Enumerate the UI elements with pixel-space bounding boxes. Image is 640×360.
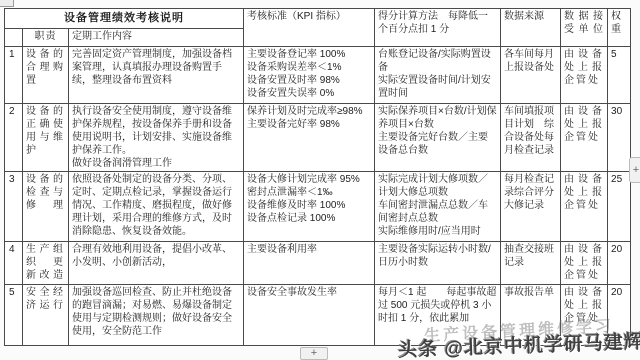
col-header-receiver: 数据接受单位 bbox=[561, 9, 608, 47]
cell-row2-content: 执行设备安全使用制度，遵守设备维护保养规程，按设备保养手册和设备使用说明书，计划… bbox=[69, 104, 244, 172]
cell-row1-weight: 5 bbox=[608, 47, 631, 104]
table-row: 1 设备的合理购置 完善固定资产管理制度，加强设备档案管理，认真填报办理设备购置… bbox=[5, 47, 631, 104]
cell-row3-content: 依照设备处制定的设备分类、分项、定时、定期点检记录，掌握设备运行情况、工作精度、… bbox=[69, 172, 244, 242]
cell-row3-receiver: 由设备处上报企管处 bbox=[561, 172, 608, 242]
cell-row1-receiver: 由设备处上报企管处 bbox=[561, 47, 608, 104]
header-row-1: 设备管理绩效考核说明 考核标准（KPI 指标） 得分计算方法 每降低一个百分点扣… bbox=[5, 9, 631, 29]
cell-row2-method: 实际保养项目×台数/计划保养项目×台数 主要设备完好台数／主要设备总台数 bbox=[375, 104, 501, 172]
col-header-duty: 职责 bbox=[23, 29, 69, 47]
cell-row1-no: 1 bbox=[5, 47, 23, 104]
cell-row1-content: 完善固定资产管理制度，加强设备档案管理，认真填报办理设备购置手续，整理设备布置资… bbox=[69, 47, 244, 104]
cell-row5-duty: 安全经济运行 bbox=[23, 285, 69, 346]
cell-row1-source: 各车间每月上报设备处 bbox=[501, 47, 561, 104]
cell-row4-receiver: 由设备处上报企管处 bbox=[561, 242, 608, 285]
cell-row3-weight: 25 bbox=[608, 172, 631, 242]
col-header-kpi: 考核标准（KPI 指标） bbox=[244, 9, 375, 47]
cell-row4-duty: 生产组织 更新改造 bbox=[23, 242, 69, 285]
col-header-source: 数据来源 bbox=[501, 9, 561, 47]
cell-row3-source: 每月检查记录综合评分 大修记录 bbox=[501, 172, 561, 242]
cell-row1-method: 台账登记设备/实际购置设备 实际安置设备时间/计划安置时间 bbox=[375, 47, 501, 104]
cell-row4-no: 4 bbox=[5, 242, 23, 285]
table-title: 设备管理绩效考核说明 bbox=[5, 9, 244, 29]
cell-row2-receiver: 由设备处上报企管处 bbox=[561, 104, 608, 172]
cell-row3-no: 3 bbox=[5, 172, 23, 242]
col-header-weight: 权重 bbox=[608, 9, 631, 47]
cell-row4-content: 合理有效地利用设备，提倡小改革、小发明、小创新活动， bbox=[69, 242, 244, 285]
cell-row5-kpi: 设备安全事故发生率 bbox=[244, 285, 375, 346]
table-handle-fragment bbox=[0, 0, 14, 7]
table-row: 2 设备的正确使用与维护 执行设备安全使用制度，遵守设备维护保养规程，按设备保养… bbox=[5, 104, 631, 172]
kpi-assessment-table: 设备管理绩效考核说明 考核标准（KPI 指标） 得分计算方法 每降低一个百分点扣… bbox=[4, 8, 631, 346]
cell-row1-duty: 设备的合理购置 bbox=[23, 47, 69, 104]
add-row-button[interactable]: + bbox=[300, 347, 328, 360]
cell-row2-weight: 30 bbox=[608, 104, 631, 172]
cell-row1-kpi: 主要设备登记率 100% 设备采购误差率＜1% 设备安置及时率 98% 设备安置… bbox=[244, 47, 375, 104]
cell-row4-method: 主要设备实际运转小时数/日历小时数 bbox=[375, 242, 501, 285]
cell-row4-kpi: 主要设备利用率 bbox=[244, 242, 375, 285]
table-row: 4 生产组织 更新改造 合理有效地利用设备，提倡小改革、小发明、小创新活动， 主… bbox=[5, 242, 631, 285]
col-header-no bbox=[5, 29, 23, 47]
cell-row4-weight: 20 bbox=[608, 242, 631, 285]
add-column-button[interactable]: + bbox=[629, 157, 640, 183]
cell-row2-kpi: 保养计划及时完成率≥98% 主要设备完好率 98% bbox=[244, 104, 375, 172]
cell-row4-source: 抽查交接班记录 bbox=[501, 242, 561, 285]
cell-row5-no: 5 bbox=[5, 285, 23, 346]
col-header-content: 定期工作内容 bbox=[69, 29, 244, 47]
table-row: 3 设备的检查与修理 依照设备处制定的设备分类、分项、定时、定期点检记录，掌握设… bbox=[5, 172, 631, 242]
cell-row2-no: 2 bbox=[5, 104, 23, 172]
cell-row3-kpi: 设备大修计划完成率 95% 密封点泄漏率＜1‰ 设备维修及时率 100% 设备点… bbox=[244, 172, 375, 242]
cell-row5-content: 加强设备巡回检查、防止并杜绝设备的跑冒滴漏；对易燃、易爆设备制定使用与定期检测规… bbox=[69, 285, 244, 346]
col-header-method: 得分计算方法 每降低一个百分点扣 1 分 bbox=[375, 9, 501, 47]
cell-row3-method: 实际完成计划大修项数／计划大修总项数 车间密封泄漏点总数／车间密封点总数 实际维… bbox=[375, 172, 501, 242]
cell-row2-duty: 设备的正确使用与维护 bbox=[23, 104, 69, 172]
document-page: 设备管理绩效考核说明 考核标准（KPI 指标） 得分计算方法 每降低一个百分点扣… bbox=[0, 0, 640, 360]
cell-row3-duty: 设备的检查与修理 bbox=[23, 172, 69, 242]
cell-row2-source: 车间填报项目计划 综合设备处每月检查记录 bbox=[501, 104, 561, 172]
